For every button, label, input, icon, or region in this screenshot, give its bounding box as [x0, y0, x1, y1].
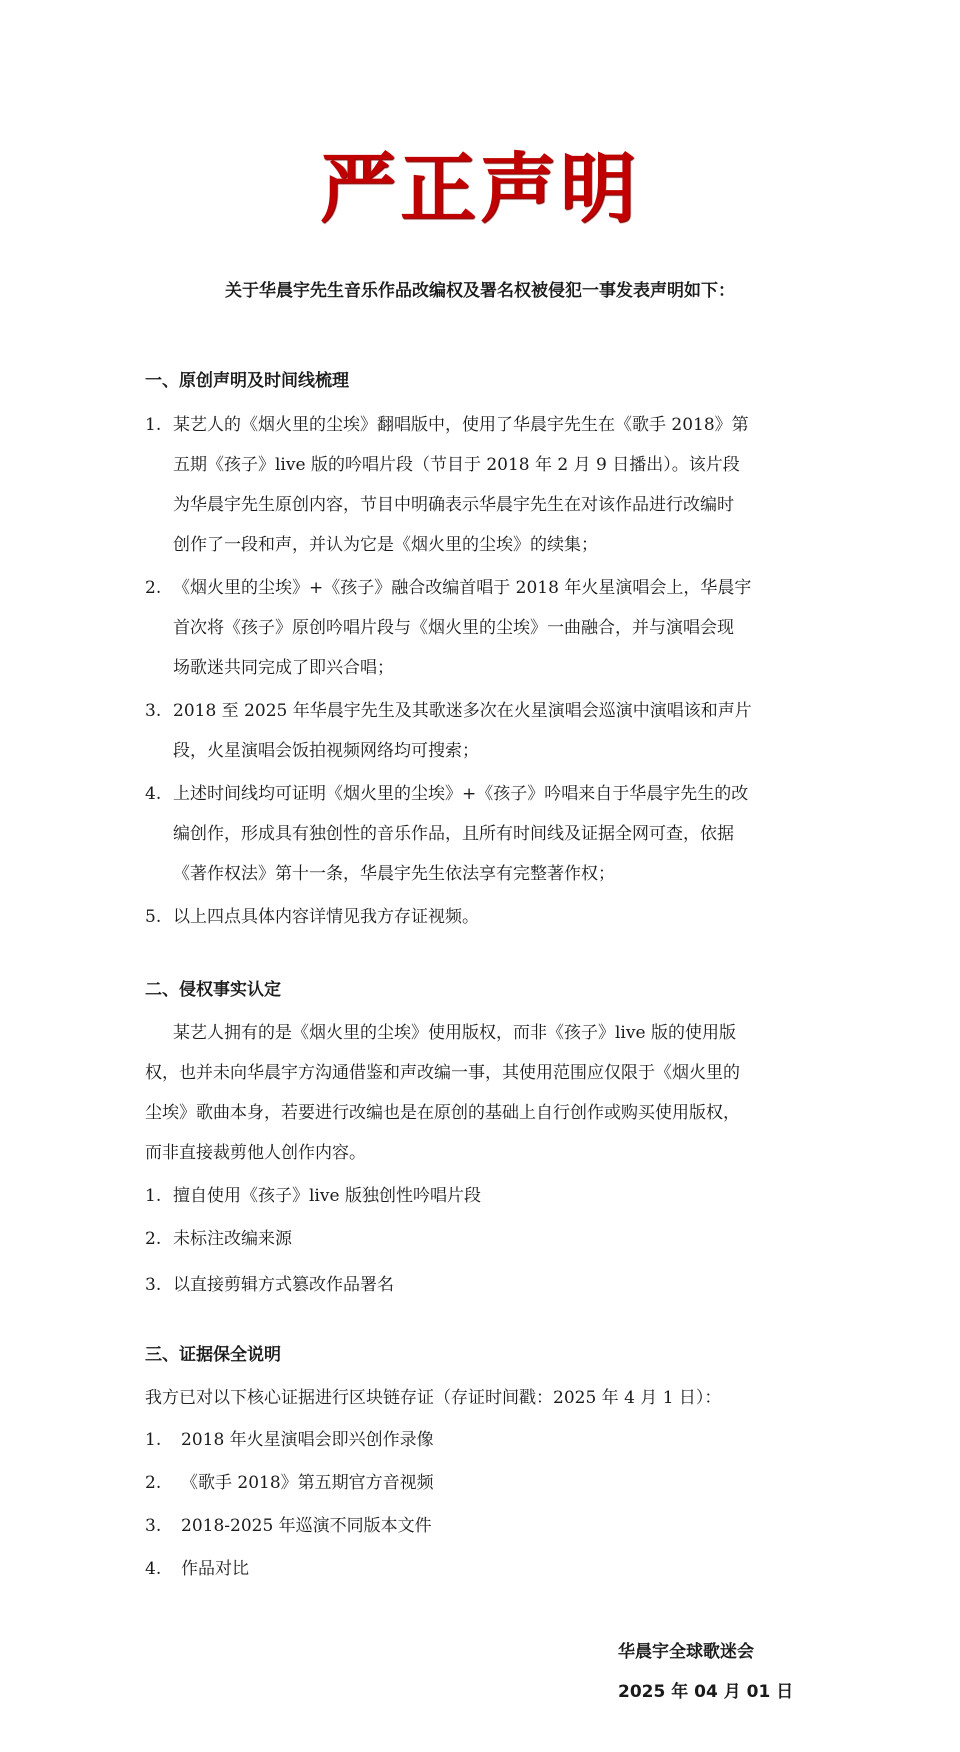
section3-item: 3.2018-2025 年巡演不同版本文件	[145, 1511, 432, 1536]
signature-org: 华晨宇全球歌迷会	[618, 1637, 754, 1662]
section2-paragraph-line: 权，也并未向华晨宇方沟通借鉴和声改编一事，其使用范围应仅限于《烟火里的	[145, 1058, 740, 1083]
section2-heading: 二、侵权事实认定	[145, 975, 281, 1000]
section3-heading: 三、证据保全说明	[145, 1340, 281, 1365]
section3-intro: 我方已对以下核心证据进行区块链存证（存证时间戳：2025 年 4 月 1 日）：	[145, 1383, 721, 1408]
section1-line: 1.某艺人的《烟火里的尘埃》翻唱版中，使用了华晨宇先生在《歌手 2018》第	[145, 410, 749, 435]
section1-line: 创作了一段和声，并认为它是《烟火里的尘埃》的续集；	[173, 530, 598, 555]
section3-item: 2.《歌手 2018》第五期官方音视频	[145, 1468, 434, 1493]
section1-line: 场歌迷共同完成了即兴合唱；	[173, 653, 394, 678]
document-title: 严正声明	[0, 128, 960, 237]
section2-item: 3.以直接剪辑方式篡改作品署名	[145, 1270, 394, 1295]
section2-paragraph-line: 而非直接裁剪他人创作内容。	[145, 1138, 366, 1163]
section1-heading: 一、原创声明及时间线梳理	[145, 366, 349, 391]
signature-date: 2025 年 04 月 01 日	[618, 1677, 793, 1702]
document-subtitle: 关于华晨宇先生音乐作品改编权及署名权被侵犯一事发表声明如下：	[0, 276, 960, 301]
section2-paragraph-line: 尘埃》歌曲本身，若要进行改编也是在原创的基础上自行创作或购买使用版权，	[145, 1098, 740, 1123]
section2-item: 2.未标注改编来源	[145, 1224, 292, 1249]
section1-line: 4.上述时间线均可证明《烟火里的尘埃》+《孩子》吟唱来自于华晨宇先生的改	[145, 779, 748, 804]
section1-line: 五期《孩子》live 版的吟唱片段（节目于 2018 年 2 月 9 日播出）。…	[173, 450, 740, 475]
section1-line: 2.《烟火里的尘埃》+《孩子》融合改编首唱于 2018 年火星演唱会上，华晨宇	[145, 573, 751, 598]
section2-paragraph-line: 某艺人拥有的是《烟火里的尘埃》使用版权，而非《孩子》live 版的使用版	[173, 1018, 736, 1043]
section3-item: 1.2018 年火星演唱会即兴创作录像	[145, 1425, 434, 1450]
section1-line: 5.以上四点具体内容详情见我方存证视频。	[145, 902, 479, 927]
section3-item: 4.作品对比	[145, 1554, 249, 1579]
section1-line: 《著作权法》第十一条，华晨宇先生依法享有完整著作权；	[173, 859, 615, 884]
section1-line: 3.2018 至 2025 年华晨宇先生及其歌迷多次在火星演唱会巡演中演唱该和声…	[145, 696, 752, 721]
section1-line: 首次将《孩子》原创吟唱片段与《烟火里的尘埃》一曲融合，并与演唱会现	[173, 613, 734, 638]
section1-line: 段，火星演唱会饭拍视频网络均可搜索；	[173, 736, 479, 761]
section2-item: 1.擅自使用《孩子》live 版独创性吟唱片段	[145, 1181, 481, 1206]
section1-line: 编创作，形成具有独创性的音乐作品，且所有时间线及证据全网可查，依据	[173, 819, 734, 844]
section1-line: 为华晨宇先生原创内容，节目中明确表示华晨宇先生在对该作品进行改编时	[173, 490, 734, 515]
